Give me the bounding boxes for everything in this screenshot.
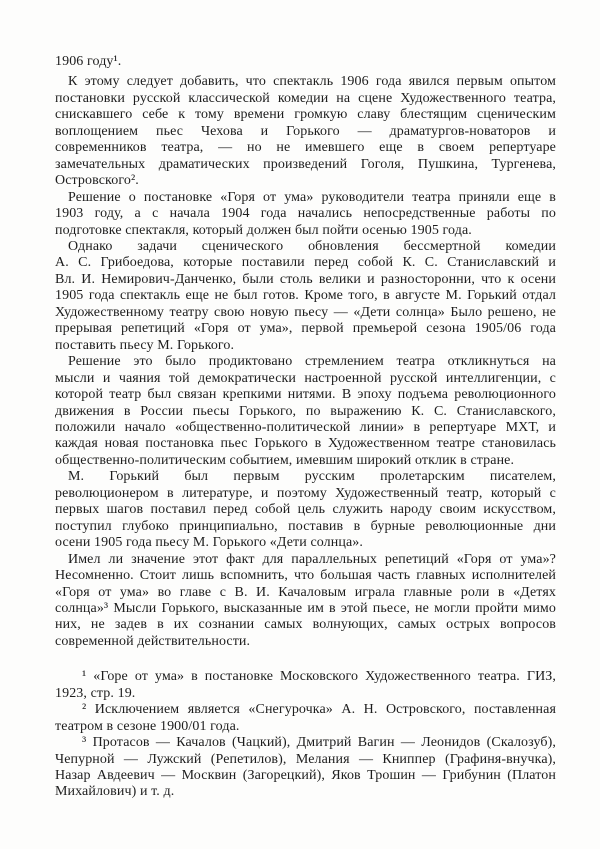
text-line: Островского². xyxy=(55,173,556,189)
paragraph: 1906 году¹. xyxy=(55,54,556,70)
text-line: Однако задачи сценического обновления бе… xyxy=(55,239,556,255)
text-line: К этому следует добавить, что спектакль … xyxy=(55,74,556,90)
text-line: каждая новая постановка пьес Горького в … xyxy=(55,436,556,452)
text-line: революционером в литературе, и поэтому Х… xyxy=(55,486,556,502)
text-line: 1903 году, а с начала 1904 года начались… xyxy=(55,206,556,222)
main-text: 1906 году¹.К этому следует добавить, что… xyxy=(55,54,556,650)
text-line: ² Исключением является «Снегурочка» А. Н… xyxy=(55,702,556,718)
text-line: поступил глубоко принципиально, поставив… xyxy=(55,519,556,535)
text-line: театром в сезоне 1900/01 года. xyxy=(55,719,556,735)
text-line: ³ Протасов — Качалов (Чацкий), Дмитрий В… xyxy=(55,735,556,751)
text-line: ¹ «Горе от ума» в постановке Московского… xyxy=(55,669,556,685)
text-line: Решение это было продиктовано стремление… xyxy=(55,354,556,370)
text-line: 1905 года спектакль еще не был готов. Кр… xyxy=(55,288,556,304)
text-line: общественно-политическим событием, имевш… xyxy=(55,453,556,469)
footnote: ¹ «Горе от ума» в постановке Московского… xyxy=(55,669,556,702)
text-line: положили начало «общественно-политическо… xyxy=(55,420,556,436)
text-line: 1906 году¹. xyxy=(55,54,556,70)
paragraph: Решение о постановке «Горя от ума» руков… xyxy=(55,190,556,239)
paragraph: Решение это было продиктовано стремление… xyxy=(55,354,556,469)
book-page: 1906 году¹.К этому следует добавить, что… xyxy=(0,0,600,849)
text-line: солнца»³ Мысли Горького, высказанные им … xyxy=(55,601,556,617)
paragraph: К этому следует добавить, что спектакль … xyxy=(55,74,556,189)
text-line: Вл. И. Немирович-Данченко, были столь ве… xyxy=(55,272,556,288)
text-line: Несомненно. Стоит лишь вспомнить, что бо… xyxy=(55,568,556,584)
text-line: 1923, стр. 19. xyxy=(55,686,556,702)
text-line: замечательных драматических произведений… xyxy=(55,157,556,173)
text-line: Имел ли значение этот факт для параллель… xyxy=(55,552,556,568)
paragraph: Однако задачи сценического обновления бе… xyxy=(55,239,556,354)
text-line: снискавшего себе к тому времени громкую … xyxy=(55,107,556,123)
footnotes-section: ¹ «Горе от ума» в постановке Московского… xyxy=(55,669,556,801)
text-line: которой театр был связан крепкими нитями… xyxy=(55,387,556,403)
text-line: Назар Авдеевич — Москвин (Загорецкий), Я… xyxy=(55,768,556,784)
text-line: М. Горький был первым русским пролетарск… xyxy=(55,469,556,485)
text-line: них, не задев в их сознании самых волную… xyxy=(55,617,556,633)
text-line: Решение о постановке «Горя от ума» руков… xyxy=(55,190,556,206)
text-line: прерывая репетиций «Горя от ума», первой… xyxy=(55,321,556,337)
text-line: осени 1905 года пьесу М. Горького «Дети … xyxy=(55,535,556,551)
text-line: подготовке спектакля, который должен был… xyxy=(55,223,556,239)
text-line: современной действительности. xyxy=(55,634,556,650)
text-line: движения в России пьесы Горького, по выр… xyxy=(55,404,556,420)
footnote: ³ Протасов — Качалов (Чацкий), Дмитрий В… xyxy=(55,735,556,801)
paragraph: М. Горький был первым русским пролетарск… xyxy=(55,469,556,551)
text-line: воплощением пьес Чехова и Горького — дра… xyxy=(55,124,556,140)
text-line: мысли и чаяния той демократически настро… xyxy=(55,371,556,387)
text-line: постановки русской классической комедии … xyxy=(55,91,556,107)
text-line: современников театра, — но не имевшего е… xyxy=(55,140,556,156)
text-line: «Горя от ума» во главе с В. И. Качаловым… xyxy=(55,585,556,601)
text-line: первых шагов поставил перед собой цель с… xyxy=(55,502,556,518)
text-line: Чепурной — Лужский (Репетилов), Мелания … xyxy=(55,752,556,768)
text-line: Михайлович) и т. д. xyxy=(55,784,556,800)
footnote: ² Исключением является «Снегурочка» А. Н… xyxy=(55,702,556,735)
text-line: Художественному театру свою новую пьесу … xyxy=(55,305,556,321)
text-line: А. С. Грибоедова, которые поставили пере… xyxy=(55,255,556,271)
paragraph: Имел ли значение этот факт для параллель… xyxy=(55,552,556,651)
text-line: поставить пьесу М. Горького. xyxy=(55,338,556,354)
